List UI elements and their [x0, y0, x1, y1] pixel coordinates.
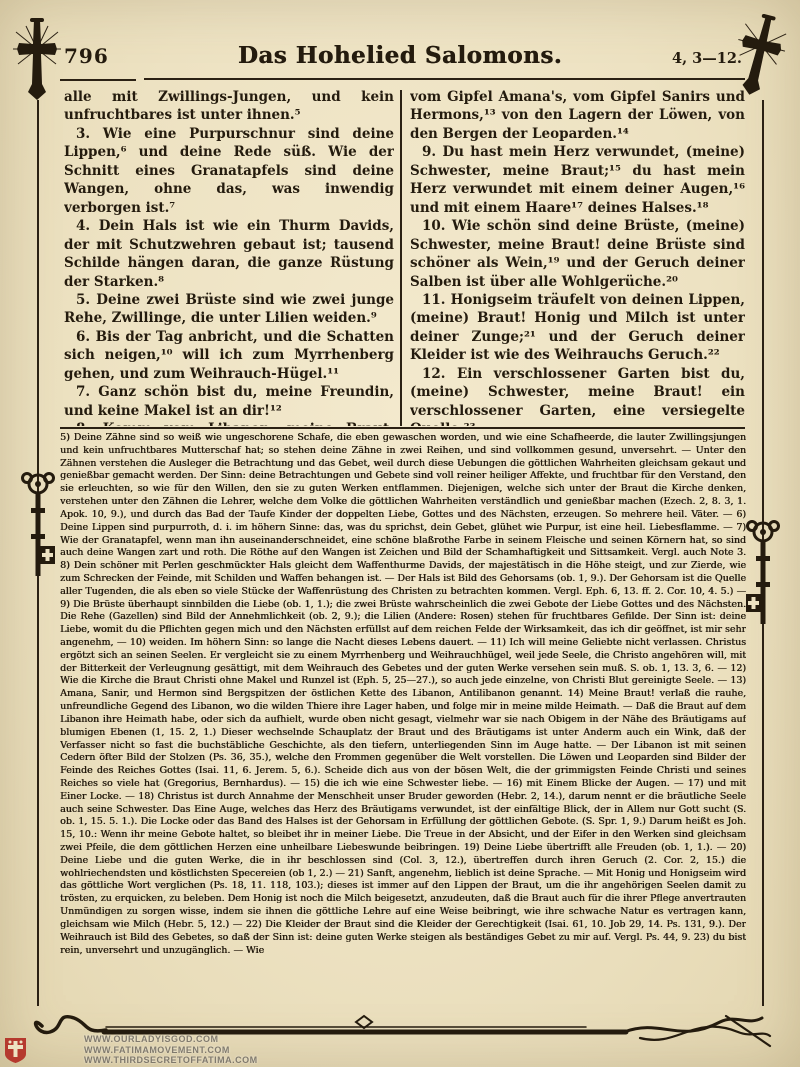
- verse-paragraph: vom Gipfel Amana's, vom Gipfel Sanirs un…: [410, 88, 745, 143]
- red-shield-logo-icon: [3, 1036, 28, 1064]
- column-divider-rule: [400, 90, 402, 426]
- verse-paragraph: 6. Bis der Tag anbricht, und die Schatte…: [64, 328, 394, 383]
- header-rule: [60, 79, 136, 81]
- key-icon: [744, 516, 782, 634]
- section-divider-rule: [60, 427, 745, 429]
- verse-paragraph: 9. Du hast mein Herz verwundet, (meine) …: [410, 143, 745, 217]
- scripture-left-column: alle mit Zwillings-Jungen, und kein unfr…: [64, 88, 394, 426]
- verse-paragraph: 7. Ganz schön bist du, meine Freundin, u…: [64, 383, 394, 420]
- commentary-footnotes: 5) Deine Zähne sind so weiß wie ungescho…: [60, 432, 746, 1008]
- verse-range: 4, 3—12.: [672, 50, 742, 67]
- scripture-right-column: vom Gipfel Amana's, vom Gipfel Sanirs un…: [410, 88, 745, 426]
- verse-paragraph: alle mit Zwillings-Jungen, und kein unfr…: [64, 88, 394, 125]
- verse-paragraph: 8. Komm vom Libanon, meine Braut, komm v…: [64, 420, 394, 426]
- verse-paragraph: 4. Dein Hals ist wie ein Thurm Davids, d…: [64, 217, 394, 291]
- verse-paragraph: 5. Deine zwei Brüste sind wie zwei junge…: [64, 291, 394, 328]
- verse-paragraph: 11. Honigseim träufelt von deinen Lippen…: [410, 291, 745, 365]
- verse-paragraph: 3. Wie eine Purpurschnur sind deine Lipp…: [64, 125, 394, 217]
- verse-paragraph: 12. Ein verschlossener Garten bist du, (…: [410, 365, 745, 426]
- watermark-line: WWW.OURLADYISGOD.COM: [84, 1034, 258, 1045]
- key-icon: [19, 468, 57, 586]
- watermark-line: WWW.FATIMAMOVEMENT.COM: [84, 1045, 258, 1056]
- scanned-book-page: 796 Das Hohelied Salomons. 4, 3—12. alle…: [0, 0, 800, 1067]
- header-rule: [144, 78, 745, 80]
- verse-paragraph: 10. Wie schön sind deine Brüste, (meine)…: [410, 217, 745, 291]
- watermark-line: WWW.THIRDSECRETOFFATIMA.COM: [84, 1055, 258, 1066]
- watermark-urls: WWW.OURLADYISGOD.COM WWW.FATIMAMOVEMENT.…: [84, 1034, 258, 1066]
